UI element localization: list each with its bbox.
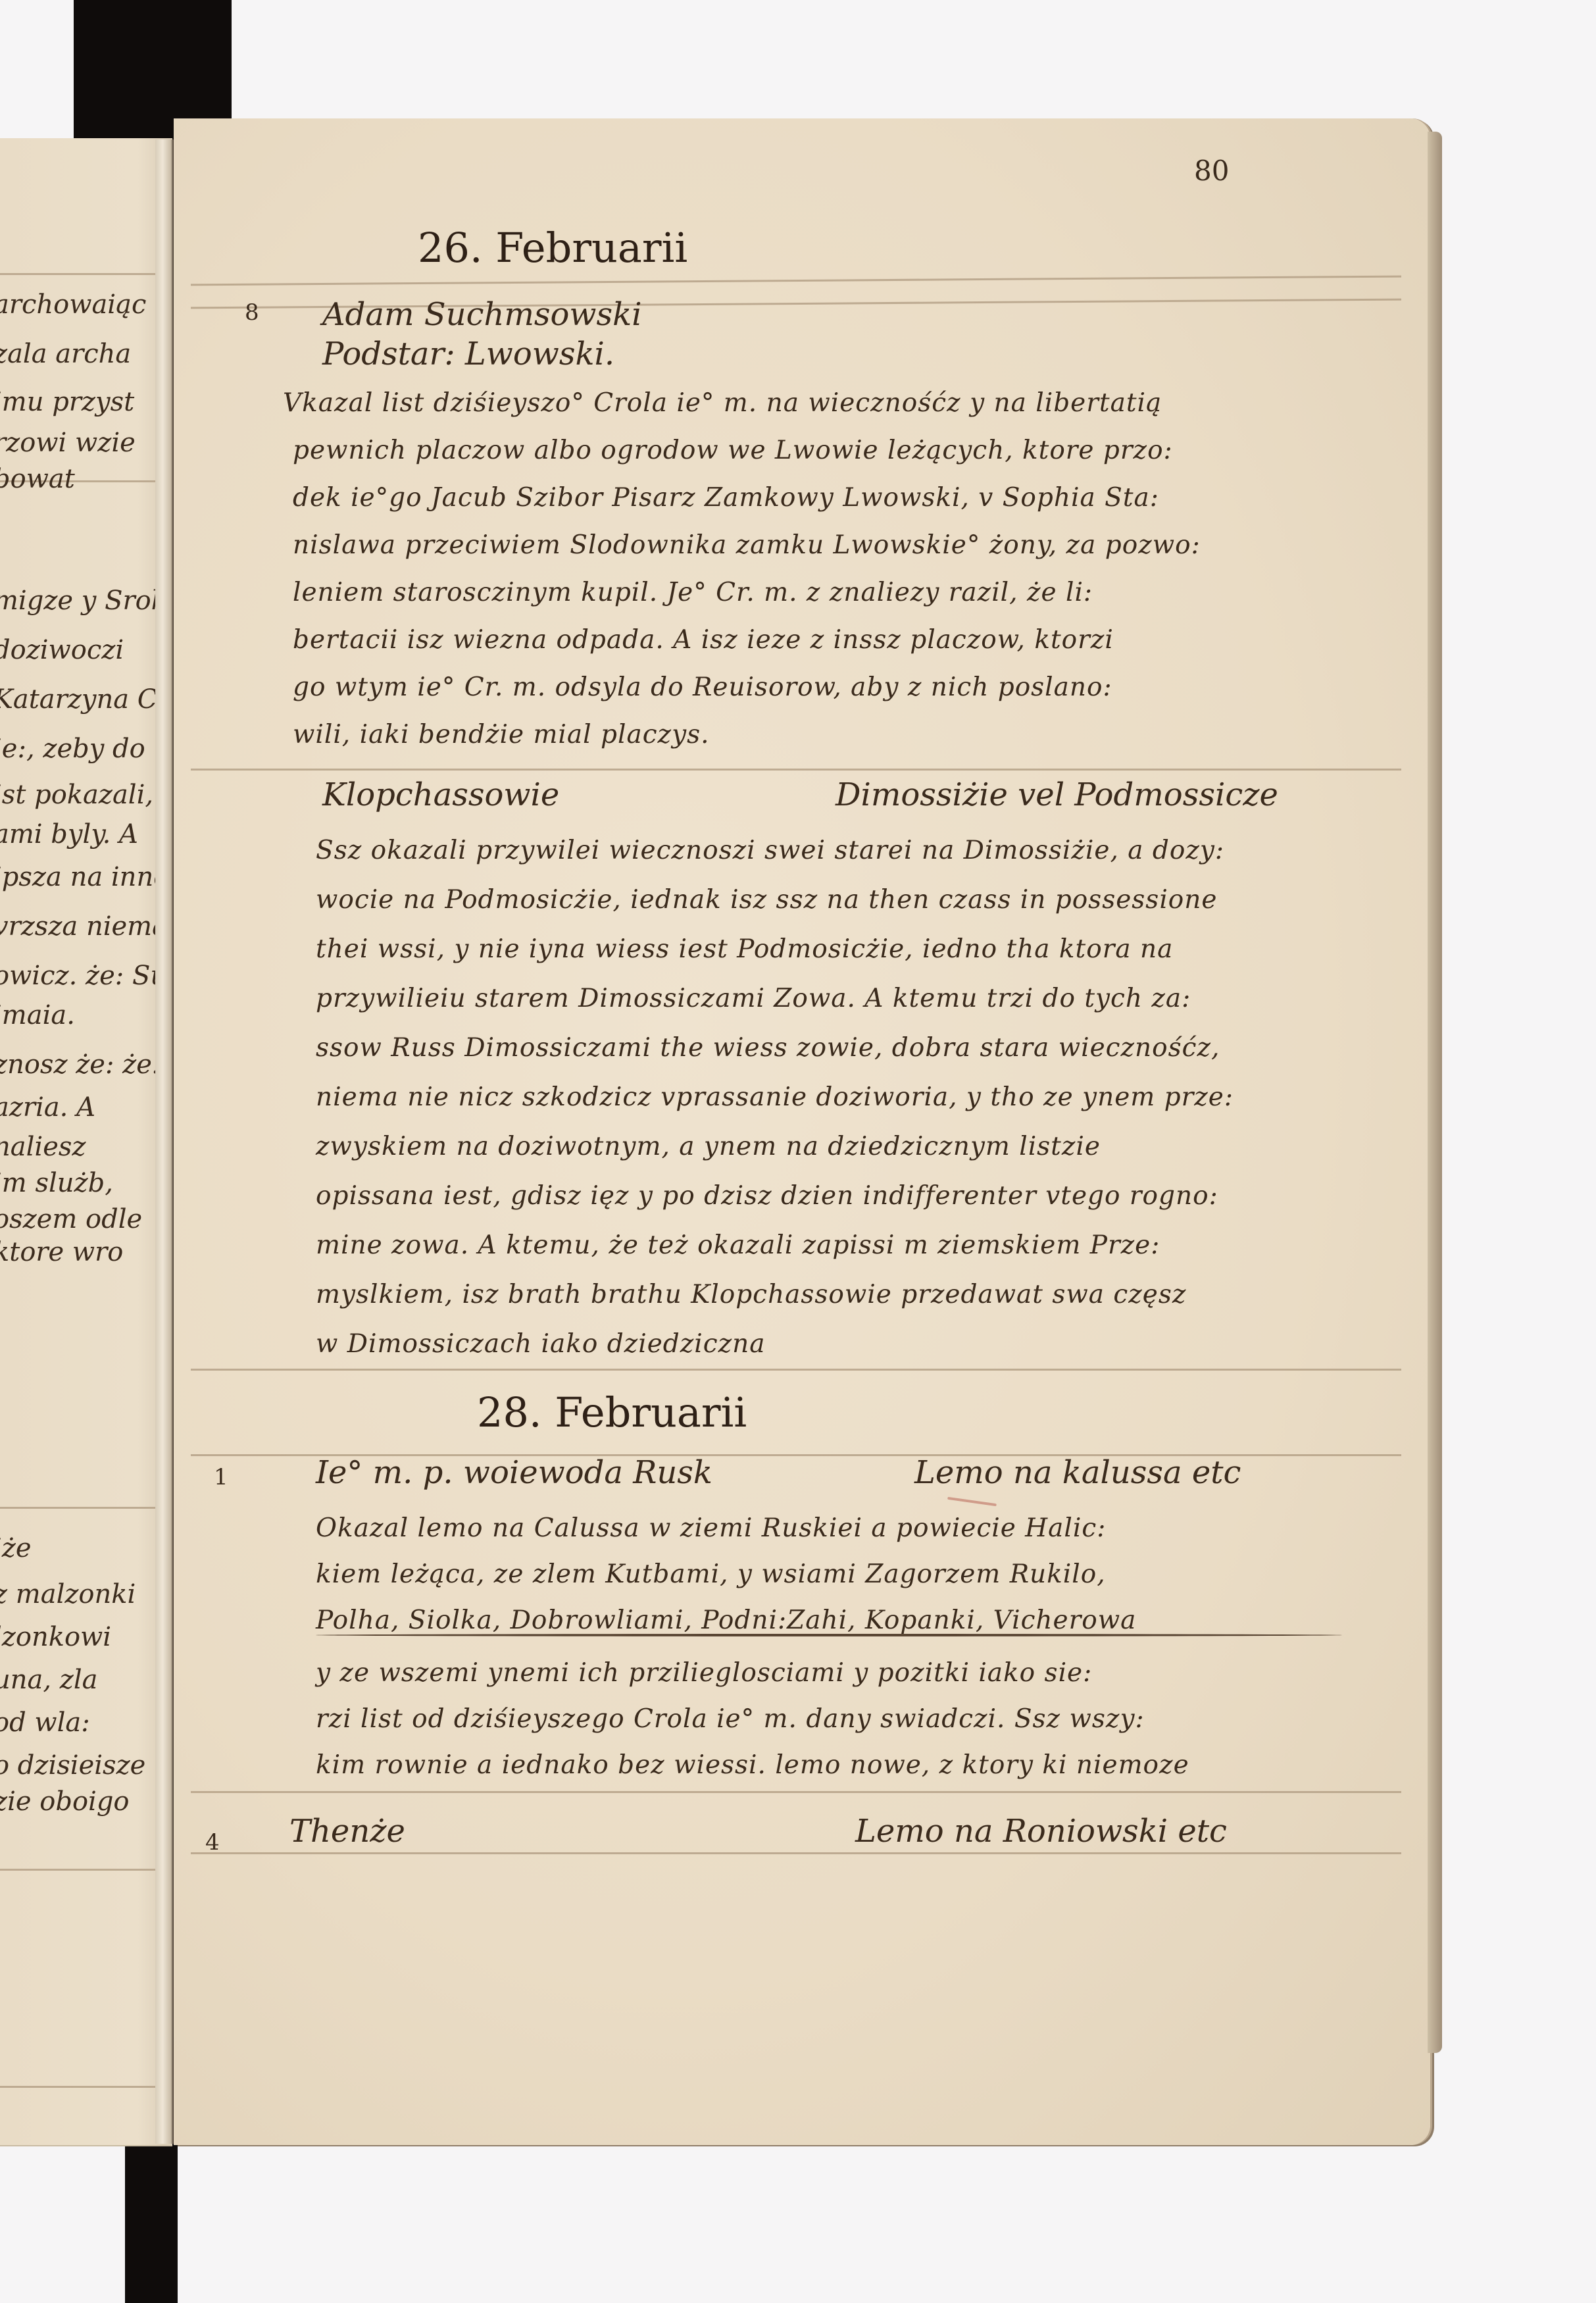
text-line: ssow Russ Dimossiczami the wiess zowie, … (316, 1033, 1220, 1063)
text-line: bertacii isz wiezna odpada. A isz ieze z… (293, 625, 1114, 655)
text-line: pewnich placzow albo ogrodow we Lwowie l… (293, 436, 1173, 465)
left-page: archowaiąc zala archa imu przyst rzowi w… (0, 138, 172, 2146)
ruled-line (0, 2086, 158, 2088)
left-fragment: oszem odle (0, 1204, 142, 1234)
entry-title: Thenże (289, 1813, 405, 1850)
text-line: leniem starosczinym kupil. Je° Cr. m. z … (293, 578, 1093, 607)
text-line: y ze wszemi ynemi ich przilieglosciami y… (316, 1658, 1092, 1688)
text-line: go wtym ie° Cr. m. odsyla do Reuisorow, … (293, 672, 1112, 702)
margin-number: 4 (205, 1829, 220, 1856)
text-line: dek ie°go Jacub Szibor Pisarz Zamkowy Lw… (293, 483, 1159, 513)
left-fragment: zie oboigo (0, 1786, 130, 1817)
left-fragment: imaia. (0, 1000, 75, 1030)
text-line: opissana iest, gdisz ięz y po dzisz dzie… (316, 1181, 1218, 1211)
entry-title-right: Lemo na Roniowski etc (855, 1813, 1227, 1850)
left-fragment: imu przyst (0, 387, 134, 417)
left-fragment: ami byly. A (0, 819, 138, 849)
ruled-line (191, 1791, 1401, 1793)
text-line: wili, iaki bendżie mial placzys. (293, 720, 710, 749)
book-gutter (155, 139, 174, 2144)
left-fragment: rzowi wzie (0, 428, 136, 458)
text-line: Vkazal list dziśieyszo° Crola ie° m. na … (283, 388, 1162, 418)
ruled-line (0, 273, 158, 275)
entry-title-right: Lemo na kalussa etc (914, 1454, 1241, 1491)
left-fragment: azria. A (0, 1092, 95, 1123)
text-line: wocie na Podmosicżie, iednak isz ssz na … (316, 885, 1217, 915)
left-fragment: archowaiąc (0, 290, 146, 320)
margin-number: 1 (214, 1464, 228, 1490)
left-fragment: zala archa (0, 339, 131, 369)
left-fragment: im slużb, (0, 1168, 113, 1198)
left-fragment: znosz że: że: (0, 1050, 161, 1080)
text-line: w Dimossiczach iako dziedziczna (316, 1329, 766, 1359)
ruled-line (191, 769, 1401, 771)
text-line: niema nie nicz szkodzicz vprassanie dozi… (316, 1082, 1234, 1112)
left-fragment: iże (0, 1533, 32, 1563)
left-fragment: ie:, zeby do (0, 734, 145, 764)
left-fragment: z malzonki (0, 1579, 136, 1609)
date-heading-28-feb: 28. Februarii (477, 1388, 747, 1436)
text-line: kim rownie a iednako bez wiessi. lemo no… (316, 1750, 1189, 1780)
ruled-line (0, 1507, 158, 1509)
ruled-line (0, 1869, 158, 1871)
left-fragment: od wla: (0, 1708, 90, 1738)
ruled-line (191, 1369, 1401, 1371)
left-fragment: ipsza na inne (0, 862, 169, 892)
text-line: Polha, Siolka, Dobrowliami, Podni:Zahi, … (316, 1606, 1136, 1635)
text-line: nislawa przeciwiem Slodownika zamku Lwow… (293, 530, 1201, 560)
text-line: zwyskiem na doziwotnym, a ynem na dziedz… (316, 1132, 1101, 1161)
page-number: 80 (1194, 155, 1229, 187)
text-line: rzi list od dziśieyszego Crola ie° m. da… (316, 1704, 1145, 1734)
underline-stroke (316, 1634, 1342, 1636)
margin-number: 8 (245, 299, 259, 326)
left-fragment: doziwoczi (0, 635, 124, 665)
text-line: Ssz okazali przywilei wiecznoszi swei st… (316, 836, 1224, 865)
entry-title: Adam Suchmsowski (322, 296, 642, 333)
ruled-line (191, 1852, 1401, 1854)
left-fragment: vrzsza niema, (0, 911, 176, 942)
entry-title: Klopchassowie (322, 776, 559, 813)
left-fragment: una, zla (0, 1665, 98, 1695)
entry-title: Ie° m. p. woiewoda Rusk (316, 1454, 712, 1491)
text-line: mine zowa. A ktemu, że też okazali zapis… (316, 1230, 1160, 1260)
left-fragment: ktore wro (0, 1237, 123, 1267)
left-fragment: migze y Sroki (0, 586, 176, 616)
left-fragment: owicz. że: Su (0, 961, 167, 991)
left-fragment: o dzisieisze (0, 1750, 145, 1781)
date-heading-26-feb: 26. Februarii (418, 224, 687, 272)
text-line: kiem leżąca, ze zlem Kutbami, y wsiami Z… (316, 1559, 1106, 1589)
left-fragment: lzonkowi (0, 1622, 111, 1652)
entry-title-line2: Podstar: Lwowski. (322, 336, 614, 372)
text-line: thei wssi, y nie iyna wiess iest Podmosi… (316, 934, 1173, 964)
text-line: myslkiem, isz brath brathu Klopchassowie… (316, 1280, 1186, 1309)
binding-strap-bottom (125, 2144, 178, 2303)
left-fragment: bowat (0, 464, 75, 494)
left-fragment: naliesz (0, 1132, 86, 1162)
left-fragment: ist pokazali, (0, 780, 153, 810)
entry-title-right: Dimossiżie vel Podmossicze (835, 776, 1278, 813)
text-line: przywilieiu starem Dimossiczami Zowa. A … (316, 984, 1191, 1013)
text-line: Okazal lemo na Calussa w ziemi Ruskiei a… (316, 1513, 1106, 1543)
